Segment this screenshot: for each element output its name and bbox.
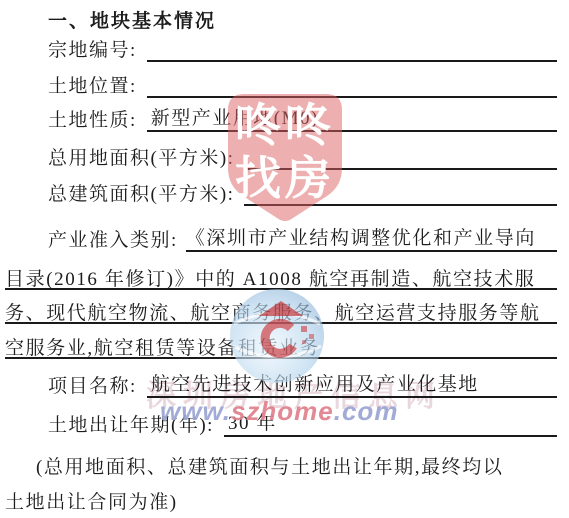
field-blank-line bbox=[147, 96, 557, 98]
globe-pixel-1 bbox=[301, 326, 307, 332]
field-industry-category-line-1: 产业准入类别: 《深圳市产业结构调整优化和产业导向 bbox=[5, 228, 557, 252]
note-line-1: (总用地面积、总建筑面积与土地出让年期,最终均以 bbox=[36, 452, 503, 479]
note-line-2: 土地出让合同为准) bbox=[5, 487, 178, 514]
field-value: 新型产业用地(M0) bbox=[147, 103, 557, 132]
field-label: 项目名称: bbox=[48, 371, 137, 398]
seal-characters: 咚咚 找房 bbox=[228, 94, 342, 205]
field-value: 航空先进技术创新应用及产业化基地 bbox=[147, 369, 557, 398]
field-parcel-number: 宗地编号: bbox=[48, 40, 557, 62]
url-suffix: .com bbox=[334, 396, 399, 426]
szhome-url-watermark: www.szhome.com bbox=[160, 396, 398, 427]
field-label: 总用地面积(平方米): bbox=[48, 143, 234, 170]
url-prefix: www. bbox=[160, 396, 231, 426]
seal-characters-bottom: 找房 bbox=[228, 152, 342, 205]
globe-pixel-2 bbox=[309, 334, 314, 339]
url-brand: szhome bbox=[231, 396, 334, 426]
field-label: 土地性质: bbox=[48, 105, 137, 132]
field-label: 总建筑面积(平方米): bbox=[48, 179, 234, 206]
field-label: 宗地编号: bbox=[48, 35, 137, 62]
globe-pixel-3 bbox=[302, 340, 306, 344]
field-value: 《深圳市产业结构调整优化和产业导向 bbox=[186, 228, 557, 252]
field-label: 产业准入类别: bbox=[5, 228, 178, 252]
seal-characters-top: 咚咚 bbox=[228, 99, 342, 152]
field-label: 土地位置: bbox=[48, 71, 137, 98]
dongdong-zhaofang-seal-watermark: 咚咚 找房 bbox=[228, 94, 342, 224]
document-page: 深圳房地产信息网 一、地块基本情况 宗地编号: 土地位置: 土地性质: 新型产业… bbox=[0, 0, 569, 518]
field-blank-line bbox=[147, 60, 557, 62]
szhome-globe-watermark bbox=[229, 288, 325, 384]
field-industry-category-line-2: 目录(2016 年修订)》中的 A1008 航空再制造、航空技术服 bbox=[5, 264, 557, 290]
section-title: 一、地块基本情况 bbox=[48, 6, 216, 33]
